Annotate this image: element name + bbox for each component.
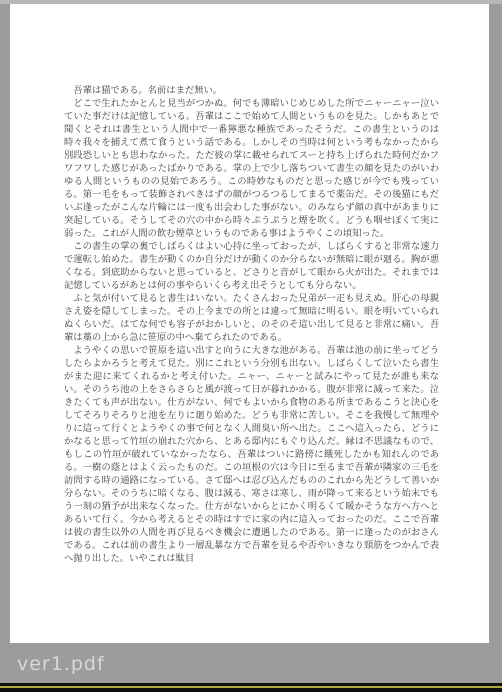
document-paragraph: この書生の掌の裏でしばらくはよい心持に坐っておったが、しばらくすると非常な速力で… [64,240,439,292]
document-paragraph: 吾輩は猫である。名前はまだ無い。 [64,84,439,97]
document-paragraph: ようやくの思いで笹原を這い出すと向うに大きな池がある。吾輩は池の前に坐ってどうし… [64,344,439,565]
accent-line [0,686,502,688]
viewer-window: 吾輩は猫である。名前はまだ無い。 どこで生れたかとんと見当がつかぬ。何でも薄暗い… [0,0,502,692]
document-paragraph: どこで生れたかとんと見当がつかぬ。何でも薄暗いじめじめした所でニャーニャー泣いて… [64,97,439,240]
document-paragraph: ふと気が付いて見ると書生はいない。たくさんおった兄弟が一疋も見えぬ。肝心の母親さ… [64,292,439,344]
document-text-block: 吾輩は猫である。名前はまだ無い。 どこで生れたかとんと見当がつかぬ。何でも薄暗い… [64,84,439,565]
pdf-page: 吾輩は猫である。名前はまだ無い。 どこで生れたかとんと見当がつかぬ。何でも薄暗い… [10,4,489,643]
filename-label[interactable]: ver1.pdf [17,653,105,675]
window-bottom-bar [0,683,502,692]
